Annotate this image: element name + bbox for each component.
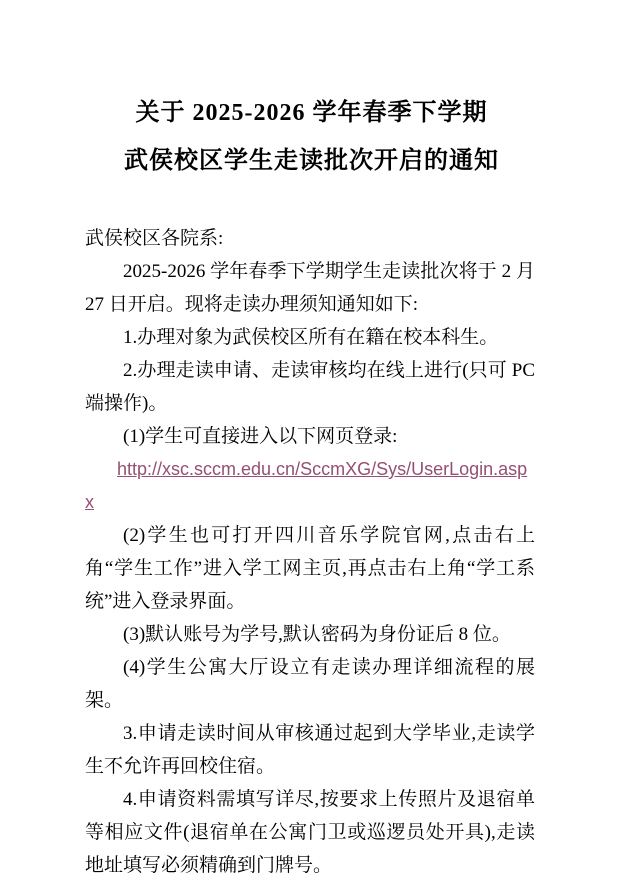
paragraph-item-4: 4.申请资料需填写详尽,按要求上传照片及退宿单等相应文件(退宿单在公寓门卫或巡逻…: [85, 783, 535, 879]
paragraph-intro: 2025-2026 学年春季下学期学生走读批次将于 2 月 27 日开启。现将走…: [85, 255, 535, 321]
document-title-line-2: 武侯校区学生走读批次开启的通知: [0, 137, 623, 185]
paragraph-sub-1: (1)学生可直接进入以下网页登录:: [85, 420, 535, 453]
salutation: 武侯校区各院系:: [85, 222, 535, 255]
login-link[interactable]: http://xsc.sccm.edu.cn/SccmXG/Sys/UserLo…: [85, 459, 527, 512]
paragraph-sub-2: (2)学生也可打开四川音乐学院官网,点击右上角“学生工作”进入学工网主页,再点击…: [85, 519, 535, 618]
paragraph-item-1: 1.办理对象为武侯校区所有在籍在校本科生。: [85, 321, 535, 354]
document-title-line-1: 关于 2025-2026 学年春季下学期: [0, 89, 623, 137]
document-title: 关于 2025-2026 学年春季下学期 武侯校区学生走读批次开启的通知: [0, 16, 623, 185]
notice-document-page: 关于 2025-2026 学年春季下学期 武侯校区学生走读批次开启的通知 武侯校…: [0, 0, 623, 879]
paragraph-sub-3: (3)默认账号为学号,默认密码为身份证后 8 位。: [85, 618, 535, 651]
login-link-line: http://xsc.sccm.edu.cn/SccmXG/Sys/UserLo…: [85, 453, 535, 519]
paragraph-sub-4: (4)学生公寓大厅设立有走读办理详细流程的展架。: [85, 651, 535, 717]
paragraph-item-3: 3.申请走读时间从审核通过起到大学毕业,走读学生不允许再回校住宿。: [85, 717, 535, 783]
paragraph-item-2: 2.办理走读申请、走读审核均在线上进行(只可 PC 端操作)。: [85, 354, 535, 420]
document-body: 武侯校区各院系: 2025-2026 学年春季下学期学生走读批次将于 2 月 2…: [85, 222, 535, 879]
